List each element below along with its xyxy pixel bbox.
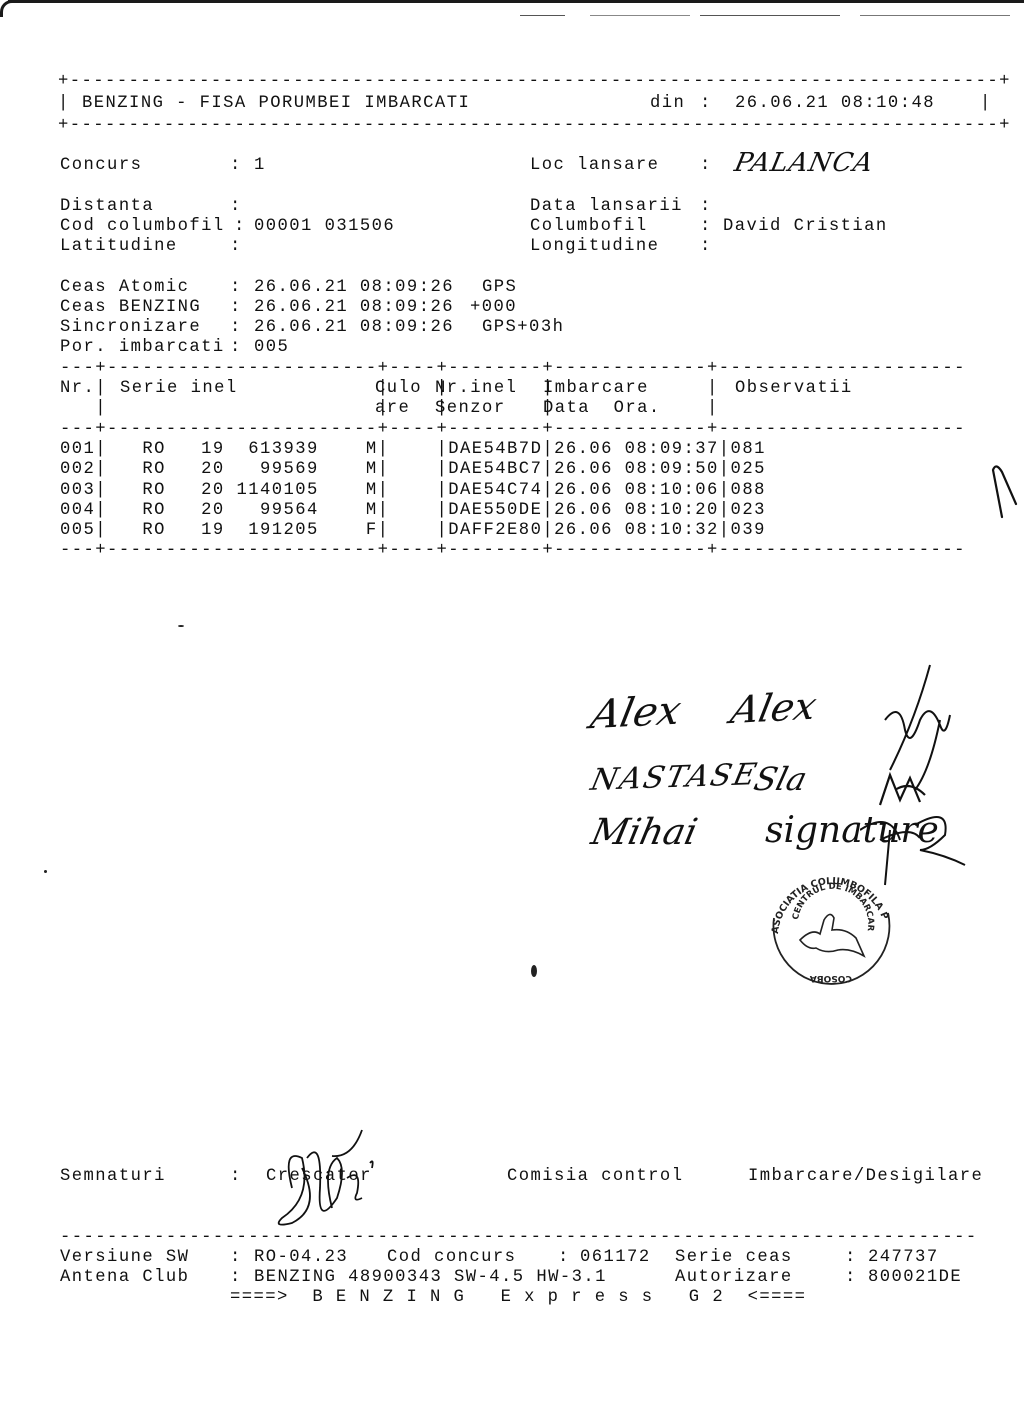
serie-ceas-label: Serie ceas [675, 1248, 793, 1268]
signature-scribbles [860, 660, 970, 890]
ceas-benzing-suffix: +000 [470, 298, 517, 318]
cod-concurs-value: 061172 [580, 1248, 651, 1268]
table-row: 004| RO 20 99564 M| |DAE550DE|26.06 08:1… [60, 501, 766, 521]
cod-columbofil-value: 00001 031506 [254, 217, 395, 237]
concurs-value: 1 [254, 156, 266, 176]
th-nr-inel-2: Senzor [435, 399, 506, 419]
ceas-atomic-suffix: GPS [482, 278, 517, 298]
th-serie-inel: Serie inel [120, 379, 238, 399]
scan-speck [44, 870, 47, 873]
association-stamp: ASOCIATIA COLUMBOFILA PORUMBEL CENTRUL D… [760, 858, 900, 998]
ceas-benzing-label: Ceas BENZING [60, 298, 201, 318]
latitudine-label: Latitudine [60, 237, 178, 257]
signature-r2c1: NASTASE [588, 757, 762, 798]
header-pipe-left: | [58, 94, 70, 114]
concurs-label: Concurs [60, 156, 142, 176]
sincronizare-suffix: GPS+03h [482, 318, 564, 338]
versiune-sw-value: RO-04.23 [254, 1248, 348, 1268]
handwritten-tick-mark [990, 462, 1020, 527]
cod-concurs-label: Cod concurs [387, 1248, 516, 1268]
header-pipe-right: | [980, 94, 992, 114]
footer-separator: ----------------------------------------… [60, 1228, 978, 1248]
dove-icon [800, 914, 864, 956]
signature-r3c1: Mihai [588, 812, 701, 853]
table-row: 001| RO 19 613939 M| |DAE54B7D|26.06 08:… [60, 440, 766, 460]
table-row: 005| RO 19 191205 F| |DAFF2E80|26.06 08:… [60, 521, 766, 541]
comisia-control-label: Comisia control [507, 1167, 683, 1187]
por-imbarcati-value: 005 [254, 338, 289, 358]
distanta-label: Distanta [60, 197, 154, 217]
por-imbarcati-label: Por. imbarcati [60, 338, 225, 358]
scan-speck [531, 965, 537, 977]
th-observatii: Observatii [735, 379, 853, 399]
columbofil-value: David Cristian [723, 217, 888, 237]
table-border-top: ---+-----------------------+----+-------… [60, 359, 966, 379]
header-border-top: +---------------------------------------… [58, 72, 1011, 92]
scan-speck [178, 625, 184, 627]
autorizare-value: 800021DE [868, 1268, 962, 1288]
signature-r1c2: Alex [727, 684, 820, 732]
table-row: 002| RO 20 99569 M| |DAE54BC7|26.06 08:0… [60, 460, 766, 480]
table-border-bottom: ---+-----------------------+----+-------… [60, 541, 966, 561]
cod-columbofil-label: Cod columbofil [60, 217, 225, 237]
serie-ceas-value: 247737 [868, 1248, 939, 1268]
signature-r1c1: Alex [587, 688, 685, 739]
th-nr-inel-1: Nr.inel [435, 379, 517, 399]
header-date-value: 26.06.21 08:10:48 [735, 94, 935, 114]
longitudine-label: Longitudine [530, 237, 659, 257]
th-culoare-2: are [375, 399, 410, 419]
imbarcare-desigilare-label: Imbarcare/Desigilare [748, 1167, 983, 1187]
header-title: BENZING - FISA PORUMBEI IMBARCATI [82, 94, 470, 114]
th-imbarcare-1: Imbarcare [543, 379, 649, 399]
columbofil-label: Columbofil [530, 217, 648, 237]
table-border-header: ---+-----------------------+----+-------… [60, 420, 966, 440]
semnaturi-label: Semnaturi [60, 1167, 166, 1187]
ceas-atomic-value: 26.06.21 08:09:26 [254, 278, 454, 298]
loc-lansare-label: Loc lansare [530, 156, 659, 176]
loc-lansare-handwritten: PALANCA [732, 148, 877, 178]
th-nr: Nr. [60, 379, 95, 399]
scan-edge [0, 0, 1024, 10]
th-culoare-1: Culo [375, 379, 422, 399]
header-border-bottom: +---------------------------------------… [58, 116, 1011, 136]
crescator-signature [262, 1128, 382, 1238]
signature-r2c2: Sla [750, 760, 811, 798]
data-lansarii-label: Data lansarii [530, 197, 683, 217]
brand-line: ====> B E N Z I N G E x p r e s s G 2 <=… [230, 1288, 806, 1308]
antena-club-label: Antena Club [60, 1268, 189, 1288]
stamp-bottom-text: COSOBA [810, 973, 852, 983]
sincronizare-value: 26.06.21 08:09:26 [254, 318, 454, 338]
versiune-sw-label: Versiune SW [60, 1248, 189, 1268]
sincronizare-label: Sincronizare [60, 318, 201, 338]
autorizare-label: Autorizare [675, 1268, 793, 1288]
th-imbarcare-2: Data Ora. [543, 399, 661, 419]
header-date-label: din [650, 94, 685, 114]
table-row: 003| RO 20 1140105 M| |DAE54C74|26.06 08… [60, 481, 766, 501]
ceas-benzing-value: 26.06.21 08:09:26 [254, 298, 454, 318]
ceas-atomic-label: Ceas Atomic [60, 278, 189, 298]
antena-club-value: BENZING 48900343 SW-4.5 HW-3.1 [254, 1268, 607, 1288]
